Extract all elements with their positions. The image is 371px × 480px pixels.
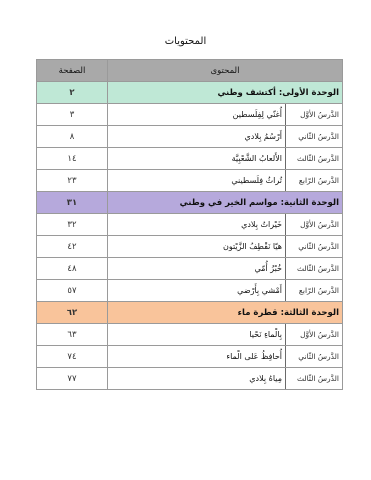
unit-title: الوحدة الثالثة: قطرة ماء — [108, 302, 343, 324]
lesson-page: ٤٢ — [37, 236, 108, 258]
lesson-label: الدَّرسُ الثّالث — [285, 368, 342, 389]
table-row: الدَّرسُ الثّانيهيّا نَقْطِفُ الزَّيْتون… — [37, 236, 343, 258]
lesson-label: الدَّرسُ الأوَّل — [285, 324, 342, 345]
lesson-name: أَمْشي بِأَرْضي — [108, 280, 285, 301]
lesson-page: ٣ — [37, 104, 108, 126]
lesson-label: الدَّرسُ الأوَّل — [285, 104, 342, 125]
lesson-page: ٢٣ — [37, 170, 108, 192]
lesson-label: الدَّرسُ الثّاني — [285, 126, 342, 147]
unit-name: أكتشف وطني — [217, 88, 275, 98]
lesson-name: أَرْسُمُ بِلادي — [108, 126, 285, 147]
lesson-page: ٥٧ — [37, 280, 108, 302]
unit-label: الوحدة الثانية: — [281, 198, 339, 208]
lesson-name: تُراثُ فِلَسطيني — [108, 170, 285, 191]
lesson-page: ٧٧ — [37, 368, 108, 390]
unit-page: ٦٢ — [37, 302, 108, 324]
lesson-name: خُبْزُ أُمّي — [108, 258, 285, 279]
unit-title: الوحدة الثانية: مواسم الخير في وطني — [108, 192, 343, 214]
unit-row-3: الوحدة الثالثة: قطرة ماء ٦٢ — [37, 302, 343, 324]
table-row: الدَّرسُ الأوَّلأُغنّي لِفِلَسطين٣ — [37, 104, 343, 126]
unit-page: ٢ — [37, 82, 108, 104]
lesson-page: ٤٨ — [37, 258, 108, 280]
lesson-page: ٦٣ — [37, 324, 108, 346]
unit-name: قطرة ماء — [238, 308, 278, 318]
lesson-name: مِياهُ بِلادي — [108, 368, 285, 389]
lesson-page: ١٤ — [37, 148, 108, 170]
unit-label: الوحدة الثالثة: — [281, 308, 339, 318]
unit-row-2: الوحدة الثانية: مواسم الخير في وطني ٣١ — [37, 192, 343, 214]
lesson-page: ٨ — [37, 126, 108, 148]
lesson-label: الدَّرسُ الثّالث — [285, 148, 342, 169]
lesson-name: أُغنّي لِفِلَسطين — [108, 104, 285, 125]
unit-title: الوحدة الأولى: أكتشف وطني — [108, 82, 343, 104]
lesson-name: أُحافِظُ عَلى الْماء — [108, 346, 285, 367]
lesson-page: ٣٢ — [37, 214, 108, 236]
lesson-name: بِالْماءِ نَحْيا — [108, 324, 285, 345]
header-content: المحتوى — [108, 60, 343, 82]
unit-name: مواسم الخير في وطني — [180, 198, 278, 208]
table-row: الدَّرسُ الثّالثمِياهُ بِلادي٧٧ — [37, 368, 343, 390]
table-row: الدَّرسُ الأوَّلبِالْماءِ نَحْيا٦٣ — [37, 324, 343, 346]
unit-label: الوحدة الأولى: — [279, 88, 339, 98]
lesson-label: الدَّرسُ الثّاني — [285, 236, 342, 257]
lesson-page: ٧٤ — [37, 346, 108, 368]
contents-table: المحتوى الصفحة الوحدة الأولى: أكتشف وطني… — [36, 59, 343, 390]
table-row: الدَّرسُ الثّانيأُحافِظُ عَلى الْماء٧٤ — [37, 346, 343, 368]
lesson-label: الدَّرسُ الأوَّل — [285, 214, 342, 235]
lesson-label: الدَّرسُ الثّاني — [285, 346, 342, 367]
lesson-name: الأَلعابُ الشَّعْبِيَّة — [108, 148, 285, 169]
lesson-name: هيّا نَقْطِفُ الزَّيْتون — [108, 236, 285, 257]
lesson-name: خَيْراتُ بِلادي — [108, 214, 285, 235]
table-row: الدَّرسُ الثّالثالأَلعابُ الشَّعْبِيَّة١… — [37, 148, 343, 170]
table-row: الدَّرسُ الثّالثخُبْزُ أُمّي٤٨ — [37, 258, 343, 280]
table-row: الدَّرسُ الثّانيأَرْسُمُ بِلادي٨ — [37, 126, 343, 148]
table-row: الدَّرسُ الرّابعأَمْشي بِأَرْضي٥٧ — [37, 280, 343, 302]
header-page: الصفحة — [37, 60, 108, 82]
lesson-label: الدَّرسُ الرّابع — [285, 280, 342, 301]
unit-row-1: الوحدة الأولى: أكتشف وطني ٢ — [37, 82, 343, 104]
lesson-label: الدَّرسُ الرّابع — [285, 170, 342, 191]
unit-page: ٣١ — [37, 192, 108, 214]
lesson-label: الدَّرسُ الثّالث — [285, 258, 342, 279]
table-row: الدَّرسُ الرّابعتُراثُ فِلَسطيني٢٣ — [37, 170, 343, 192]
table-row: الدَّرسُ الأوَّلخَيْراتُ بِلادي٣٢ — [37, 214, 343, 236]
table-header-row: المحتوى الصفحة — [37, 60, 343, 82]
page-title: المحتويات — [0, 36, 371, 47]
